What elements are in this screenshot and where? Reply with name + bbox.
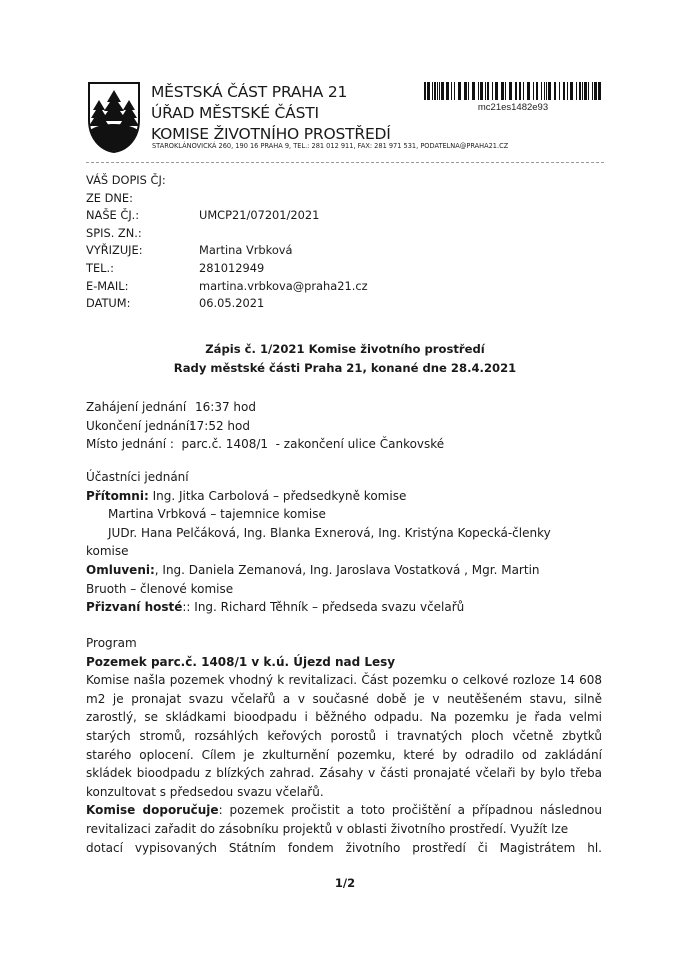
meta-value: Martina Vrbková (199, 242, 293, 260)
guests-label: Přizvaní hosté (86, 600, 182, 614)
meta-label: E-MAIL: (86, 278, 199, 296)
program-section: Program Pozemek parc.č. 1408/1 v k.ú. Új… (86, 634, 602, 857)
recommend-label: Komise doporučuje (86, 803, 219, 817)
end-value: 17:52 hod (189, 419, 250, 433)
organization-name: MĚSTSKÁ ČÁST PRAHA 21 ÚŘAD MĚSTSKÉ ČÁSTI… (151, 82, 391, 145)
place-row: Místo jednání : parc.č. 1408/1 - zakonče… (86, 435, 602, 454)
place-value: parc.č. 1408/1 - zakončení ulice Čankovs… (182, 437, 445, 451)
guests-text: :: Ing. Richard Těhník – předseda svazu … (182, 600, 464, 614)
start-label: Zahájení jednání (86, 398, 195, 417)
meta-label: VÁŠ DOPIS ČJ: (86, 172, 199, 190)
meta-row: TEL.:281012949 (86, 260, 368, 278)
municipal-crest-icon (86, 80, 142, 154)
present-chair: Ing. Jitka Carbolová – předsedkyně komis… (149, 489, 407, 503)
meta-value: 281012949 (199, 260, 264, 278)
meta-value: martina.vrbkova@praha21.cz (199, 278, 368, 296)
present-label: Přítomni: (86, 489, 149, 503)
start-value: 16:37 hod (195, 400, 256, 414)
meta-row: E-MAIL:martina.vrbkova@praha21.cz (86, 278, 368, 296)
end-row: Ukončení jednání:17:52 hod (86, 417, 602, 436)
meta-row: SPIS. ZN.: (86, 225, 368, 243)
participants-section: Účastníci jednání Přítomni: Ing. Jitka C… (86, 468, 602, 617)
meta-row: DATUM:06.05.2021 (86, 295, 368, 313)
meta-row: VÁŠ DOPIS ČJ: (86, 172, 368, 190)
page-number: 1/2 (86, 876, 604, 890)
participants-heading: Účastníci jednání (86, 468, 602, 487)
meta-label: SPIS. ZN.: (86, 225, 199, 243)
excused-label: Omluveni: (86, 563, 155, 577)
start-row: Zahájení jednání16:37 hod (86, 398, 602, 417)
meta-row: VYŘIZUJE:Martina Vrbková (86, 242, 368, 260)
meta-label: TEL.: (86, 260, 199, 278)
meta-label: NAŠE ČJ.: (86, 207, 199, 225)
program-heading: Program (86, 634, 602, 653)
end-label: Ukončení jednání: (86, 417, 189, 436)
meta-label: DATUM: (86, 295, 199, 313)
meta-label: VYŘIZUJE: (86, 242, 199, 260)
document-title: Zápis č. 1/2021 Komise životního prostře… (86, 340, 604, 378)
present-members: JUDr. Hana Pelčáková, Ing. Blanka Exnero… (86, 524, 602, 543)
program-item-title: Pozemek parc.č. 1408/1 v k.ú. Újezd nad … (86, 653, 602, 672)
barcode-icon (424, 82, 602, 100)
present-row: Přítomni: Ing. Jitka Carbolová – předsed… (86, 487, 602, 506)
barcode-text: mc21es1482e93 (424, 102, 602, 113)
meta-label: ZE DNE: (86, 190, 199, 208)
recommendation-paragraph: Komise doporučuje: pozemek pročistit a t… (86, 801, 602, 838)
program-paragraph: Komise našla pozemek vhodný k revitaliza… (86, 671, 602, 801)
title-line-2: Rady městské části Praha 21, konané dne … (86, 359, 604, 378)
guests-row: Přizvaní hosté:: Ing. Richard Těhník – p… (86, 598, 602, 617)
org-line: MĚSTSKÁ ČÁST PRAHA 21 (151, 82, 391, 103)
excused-text: , Ing. Daniela Zemanová, Ing. Jaroslava … (155, 563, 540, 577)
excused-row: Omluveni:, Ing. Daniela Zemanová, Ing. J… (86, 561, 602, 580)
office-address: STAROKLÁNOVICKÁ 260, 190 16 PRAHA 9, TEL… (152, 142, 508, 150)
meta-row: NAŠE ČJ.:UMCP21/07201/2021 (86, 207, 368, 225)
place-label: Místo jednání : (86, 437, 174, 451)
meta-row: ZE DNE: (86, 190, 368, 208)
reference-table: VÁŠ DOPIS ČJ: ZE DNE: NAŠE ČJ.:UMCP21/07… (86, 172, 368, 313)
header-divider (86, 162, 604, 163)
present-secretary: Martina Vrbková – tajemnice komise (86, 505, 602, 524)
meta-value: 06.05.2021 (199, 295, 264, 313)
meeting-timing: Zahájení jednání16:37 hod Ukončení jedná… (86, 398, 602, 454)
present-members-cont: komise (86, 542, 602, 561)
meta-value: UMCP21/07201/2021 (199, 207, 319, 225)
excused-cont: Bruoth – členové komise (86, 580, 602, 599)
title-line-1: Zápis č. 1/2021 Komise životního prostře… (86, 340, 604, 359)
org-line: ÚŘAD MĚSTSKÉ ČÁSTI (151, 103, 391, 124)
recommendation-last-line: dotací vypisovaných Státním fondem život… (86, 839, 602, 858)
